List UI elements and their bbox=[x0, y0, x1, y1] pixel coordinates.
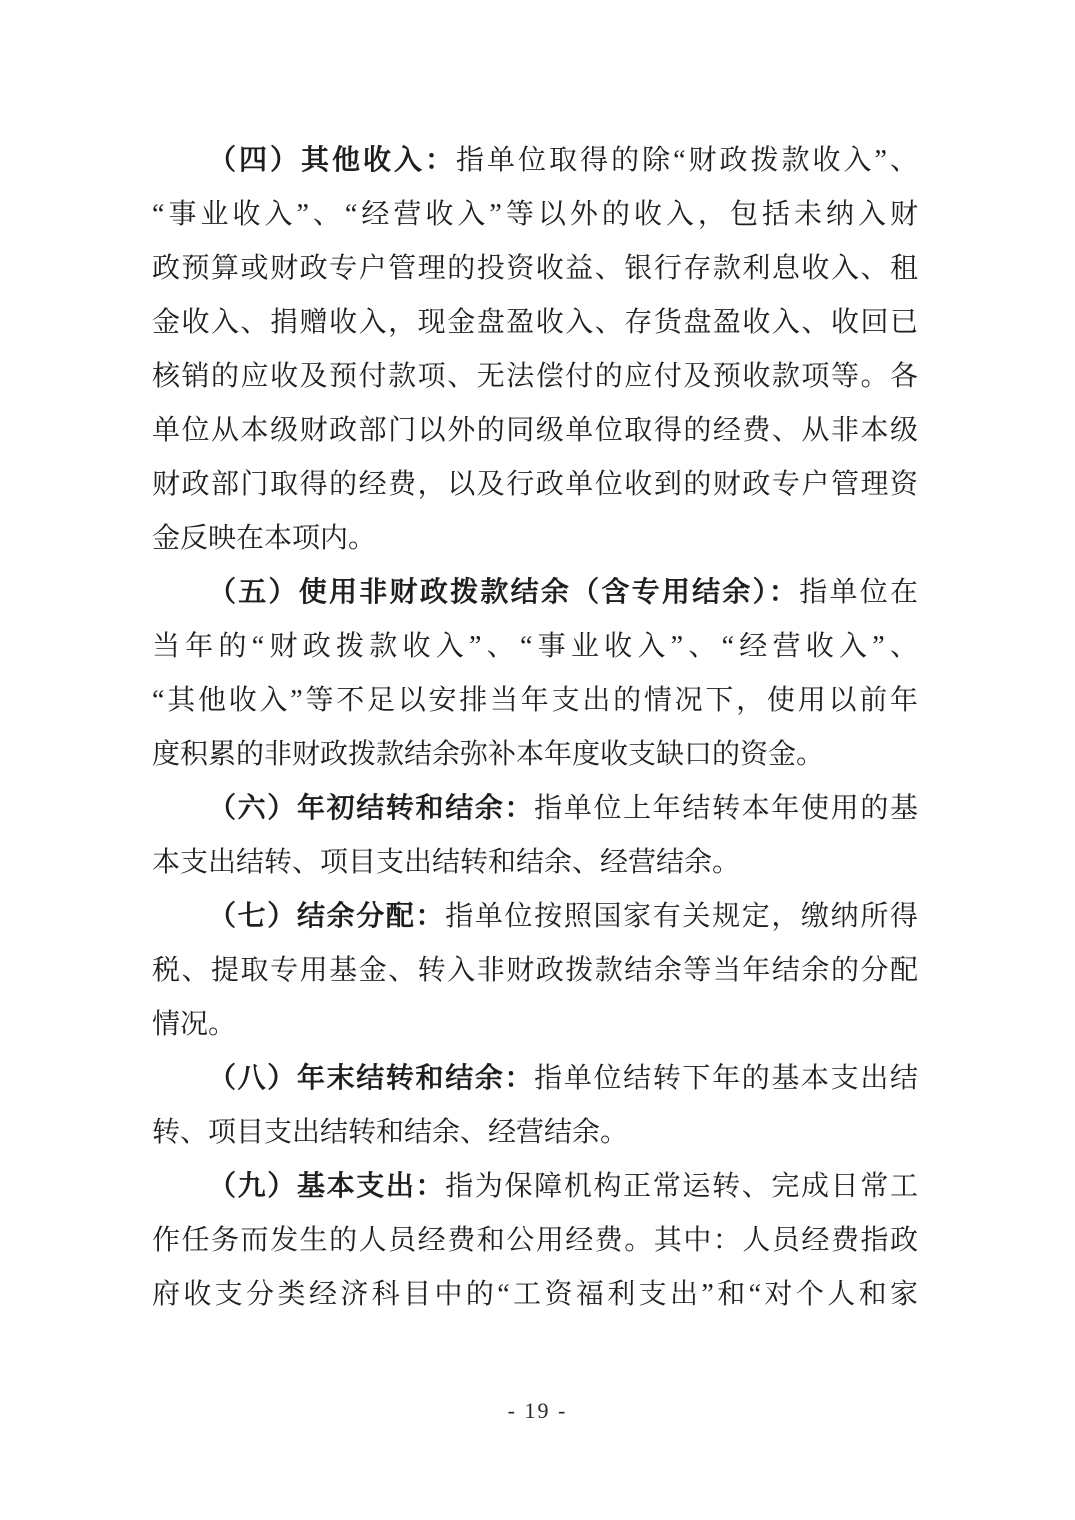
paragraph-text: 指为保障机构正常运转、完成日常工 bbox=[445, 1171, 918, 1202]
paragraph-9-basic-expenditure: （九）基本支出：指为保障机构正常运转、完成日常工 作任务而发生的人员经费和公用经… bbox=[152, 1160, 918, 1322]
text-line: 府收支分类经济科目中的“工资福利支出”和“对个人和家 bbox=[152, 1268, 918, 1322]
page-number: - 19 - bbox=[0, 1398, 1075, 1424]
paragraph-heading: （六）年初结转和结余： bbox=[208, 793, 534, 824]
paragraph-4-other-income: （四）其他收入：指单位取得的除“财政拨款收入”、 “事业收入”、“经营收入”等以… bbox=[152, 134, 918, 566]
paragraph-heading: （七）结余分配： bbox=[208, 901, 445, 932]
text-line: 财政部门取得的经费，以及行政单位收到的财政专户管理资 bbox=[152, 458, 918, 512]
paragraph-text: 指单位按照国家有关规定，缴纳所得 bbox=[445, 901, 918, 932]
text-line: 税、提取专用基金、转入非财政拨款结余等当年结余的分配 bbox=[152, 944, 918, 998]
text-line: （四）其他收入：指单位取得的除“财政拨款收入”、 bbox=[152, 134, 918, 188]
paragraph-6-beginning-year-carryover: （六）年初结转和结余：指单位上年结转本年使用的基 本支出结转、项目支出结转和结余… bbox=[152, 782, 918, 890]
paragraph-8-year-end-carryover: （八）年末结转和结余：指单位结转下年的基本支出结 转、项目支出结转和结余、经营结… bbox=[152, 1052, 918, 1160]
text-line: 核销的应收及预付款项、无法偿付的应付及预收款项等。各 bbox=[152, 350, 918, 404]
text-line: “事业收入”、“经营收入”等以外的收入，包括未纳入财 bbox=[152, 188, 918, 242]
text-line: 金收入、捐赠收入，现金盘盈收入、存货盘盈收入、收回已 bbox=[152, 296, 918, 350]
text-line: （九）基本支出：指为保障机构正常运转、完成日常工 bbox=[152, 1160, 918, 1214]
paragraph-5-use-of-non-fiscal-carryover: （五）使用非财政拨款结余（含专用结余）：指单位在 当年的“财政拨款收入”、“事业… bbox=[152, 566, 918, 782]
text-line: （七）结余分配：指单位按照国家有关规定，缴纳所得 bbox=[152, 890, 918, 944]
paragraph-7-surplus-distribution: （七）结余分配：指单位按照国家有关规定，缴纳所得 税、提取专用基金、转入非财政拨… bbox=[152, 890, 918, 1052]
text-line: 转、项目支出结转和结余、经营结余。 bbox=[152, 1106, 918, 1160]
text-line: 政预算或财政专户管理的投资收益、银行存款利息收入、租 bbox=[152, 242, 918, 296]
text-line: 单位从本级财政部门以外的同级单位取得的经费、从非本级 bbox=[152, 404, 918, 458]
paragraph-text: 指单位取得的除“财政拨款收入”、 bbox=[456, 145, 918, 176]
document-page: （四）其他收入：指单位取得的除“财政拨款收入”、 “事业收入”、“经营收入”等以… bbox=[0, 0, 1075, 1520]
paragraph-text: 指单位在 bbox=[799, 577, 918, 608]
paragraph-text: 指单位结转下年的基本支出结 bbox=[534, 1063, 918, 1094]
text-line: （八）年末结转和结余：指单位结转下年的基本支出结 bbox=[152, 1052, 918, 1106]
paragraph-text: 指单位上年结转本年使用的基 bbox=[534, 793, 918, 824]
document-body: （四）其他收入：指单位取得的除“财政拨款收入”、 “事业收入”、“经营收入”等以… bbox=[152, 134, 918, 1322]
text-line: 情况。 bbox=[152, 998, 918, 1052]
text-line: 作任务而发生的人员经费和公用经费。其中：人员经费指政 bbox=[152, 1214, 918, 1268]
text-line: （六）年初结转和结余：指单位上年结转本年使用的基 bbox=[152, 782, 918, 836]
paragraph-heading: （九）基本支出： bbox=[208, 1171, 445, 1202]
text-line: 金反映在本项内。 bbox=[152, 512, 918, 566]
text-line: （五）使用非财政拨款结余（含专用结余）：指单位在 bbox=[152, 566, 918, 620]
text-line: 本支出结转、项目支出结转和结余、经营结余。 bbox=[152, 836, 918, 890]
paragraph-heading: （四）其他收入： bbox=[208, 145, 456, 176]
paragraph-heading: （八）年末结转和结余： bbox=[208, 1063, 534, 1094]
text-line: “其他收入”等不足以安排当年支出的情况下，使用以前年 bbox=[152, 674, 918, 728]
text-line: 度积累的非财政拨款结余弥补本年度收支缺口的资金。 bbox=[152, 728, 918, 782]
paragraph-heading: （五）使用非财政拨款结余（含专用结余）： bbox=[208, 577, 799, 608]
text-line: 当年的“财政拨款收入”、“事业收入”、“经营收入”、 bbox=[152, 620, 918, 674]
